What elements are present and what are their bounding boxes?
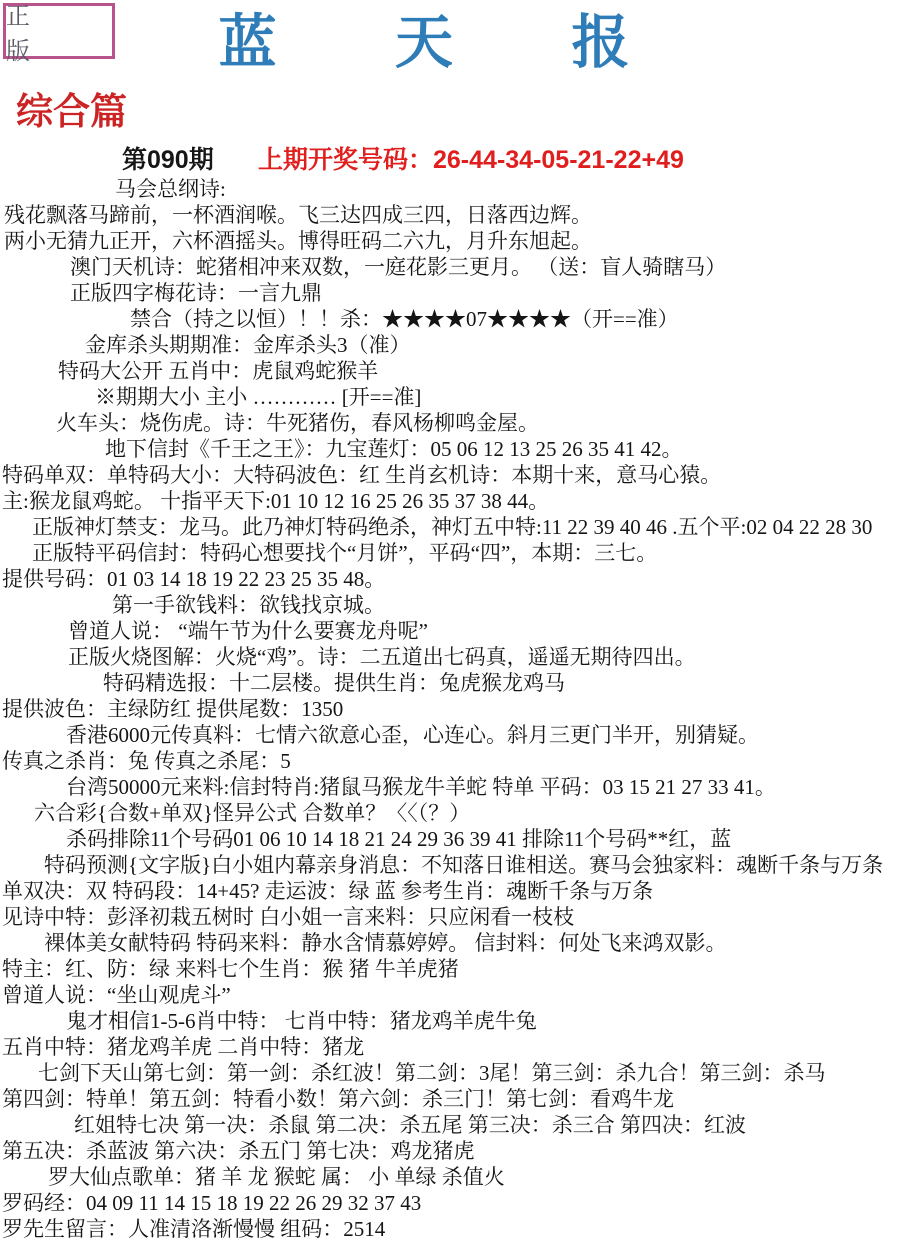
text-line: 七剑下天山第七剑：第一剑：杀红波！第二剑：3尾！第三剑：杀九合！第三剑：杀马 xyxy=(0,1060,900,1086)
text-line: 金库杀头期期准：金库杀头3（准） xyxy=(0,332,900,358)
text-line: 传真之杀肖：兔 传真之杀尾：5 xyxy=(0,748,900,774)
text-line: 第一手欲钱料：欲钱找京城。 xyxy=(0,592,900,618)
body-text: 马会总纲诗:残花飘落马蹄前，一杯酒润喉。飞三达四成三四，日落西边辉。两小无猜九正… xyxy=(0,176,900,1242)
text-line: 鬼才相信1-5-6肖中特： 七肖中特：猪龙鸡羊虎牛兔 xyxy=(0,1008,900,1034)
text-line: 澳门天机诗：蛇猪相冲来双数，一庭花影三更月。 （送：盲人骑瞎马） xyxy=(0,254,900,280)
text-line: 杀码排除11个号码01 06 10 14 18 21 24 29 36 39 4… xyxy=(0,826,900,852)
text-line: 禁合（持之以恒）！！杀：★★★★07★★★★（开==准） xyxy=(0,306,900,332)
text-line: 正版特平码信封：特码心想要找个“月饼”，平码“四”，本期：三七。 xyxy=(0,540,900,566)
text-line: 罗大仙点歌单：猪 羊 龙 猴蛇 属： 小 单绿 杀值火 xyxy=(0,1164,900,1190)
newspaper-page: 正 版 蓝 天 报 综合篇 第090期 上期开奖号码：26-44-34-05-2… xyxy=(0,0,900,1243)
text-line: 第五决：杀蓝波 第六决：杀五门 第七决：鸡龙猪虎 xyxy=(0,1138,900,1164)
text-line: 香港6000元传真料：七情六欲意心歪，心连心。斜月三更门半开，别猜疑。 xyxy=(0,722,900,748)
text-line: 两小无猜九正开，六杯酒摇头。博得旺码二六九，月升东旭起。 xyxy=(0,228,900,254)
text-line: 提供波色：主绿防红 提供尾数：1350 xyxy=(0,696,900,722)
text-line: 马会总纲诗: xyxy=(0,176,900,202)
text-line: 正版火烧图解：火烧“鸡”。诗：二五道出七码真，遥遥无期待四出。 xyxy=(0,644,900,670)
text-line: 正版神灯禁支：龙马。此乃神灯特码绝杀，神灯五中特:11 22 39 40 46 … xyxy=(0,514,900,540)
text-line: 台湾50000元来料:信封特肖:猪鼠马猴龙牛羊蛇 特单 平码：03 15 21 … xyxy=(0,774,900,800)
text-line: ※期期大小 主小 ………… [开==准] xyxy=(0,384,900,410)
text-line: 特码精选报：十二层楼。提供生肖：兔虎猴龙鸡马 xyxy=(0,670,900,696)
page-title: 蓝 天 报 xyxy=(0,4,900,82)
text-line: 单双决：双 特码段：14+45? 走运波：绿 蓝 参考生肖：魂断千条与万条 xyxy=(0,878,900,904)
issue-row: 第090期 上期开奖号码：26-44-34-05-21-22+49 xyxy=(0,140,900,172)
text-line: 正版四字梅花诗：一言九鼎 xyxy=(0,280,900,306)
text-line: 特码单双：单特码大小：大特码波色：红 生肖玄机诗：本期十来，意马心猿。 xyxy=(0,462,900,488)
text-line: 地下信封《千王之王》：九宝莲灯：05 06 12 13 25 26 35 41 … xyxy=(0,436,900,462)
text-line: 曾道人说：“坐山观虎斗” xyxy=(0,982,900,1008)
text-line: 残花飘落马蹄前，一杯酒润喉。飞三达四成三四，日落西边辉。 xyxy=(0,202,900,228)
text-line: 提供号码：01 03 14 18 19 22 23 25 35 48。 xyxy=(0,566,900,592)
last-draw-numbers: 上期开奖号码：26-44-34-05-21-22+49 xyxy=(258,140,684,176)
text-line: 裸体美女献特码 特码来料：静水含情慕婷婷。 信封料：何处飞来鸿双影。 xyxy=(0,930,900,956)
text-line: 特码大公开 五肖中：虎鼠鸡蛇猴羊 xyxy=(0,358,900,384)
text-line: 五肖中特：猪龙鸡羊虎 二肖中特：猪龙 xyxy=(0,1034,900,1060)
text-line: 第四剑：特单！第五剑：特看小数！第六剑：杀三门！第七剑：看鸡牛龙 xyxy=(0,1086,900,1112)
text-line: 见诗中特：彭泽初栽五树时 白小姐一言来料：只应闲看一枝枝 xyxy=(0,904,900,930)
text-line: 罗先生留言：人准清洛渐慢慢 组码：2514 xyxy=(0,1216,900,1242)
section-title: 综合篇 xyxy=(16,92,127,134)
text-line: 六合彩{合数+单双}怪异公式 合数单？〈〈（？） xyxy=(0,800,900,826)
text-line: 特主：红、防：绿 来料七个生肖：猴 猪 牛羊虎猪 xyxy=(0,956,900,982)
text-line: 罗码经：04 09 11 14 15 18 19 22 26 29 32 37 … xyxy=(0,1190,900,1216)
text-line: 红姐特七决 第一决：杀鼠 第二决：杀五尾 第三决：杀三合 第四决：红波 xyxy=(0,1112,900,1138)
text-line: 特码预测{文字版}白小姐内幕亲身消息：不知落日谁相送。赛马会独家料：魂断千条与万… xyxy=(0,852,900,878)
issue-number: 第090期 xyxy=(122,140,214,176)
text-line: 曾道人说： “端午节为什么要赛龙舟呢” xyxy=(0,618,900,644)
text-line: 主:猴龙鼠鸡蛇。 十指平天下:01 10 12 16 25 26 35 37 3… xyxy=(0,488,900,514)
text-line: 火车头：烧伤虎。诗：牛死猪伤，春风杨柳鸣金屋。 xyxy=(0,410,900,436)
